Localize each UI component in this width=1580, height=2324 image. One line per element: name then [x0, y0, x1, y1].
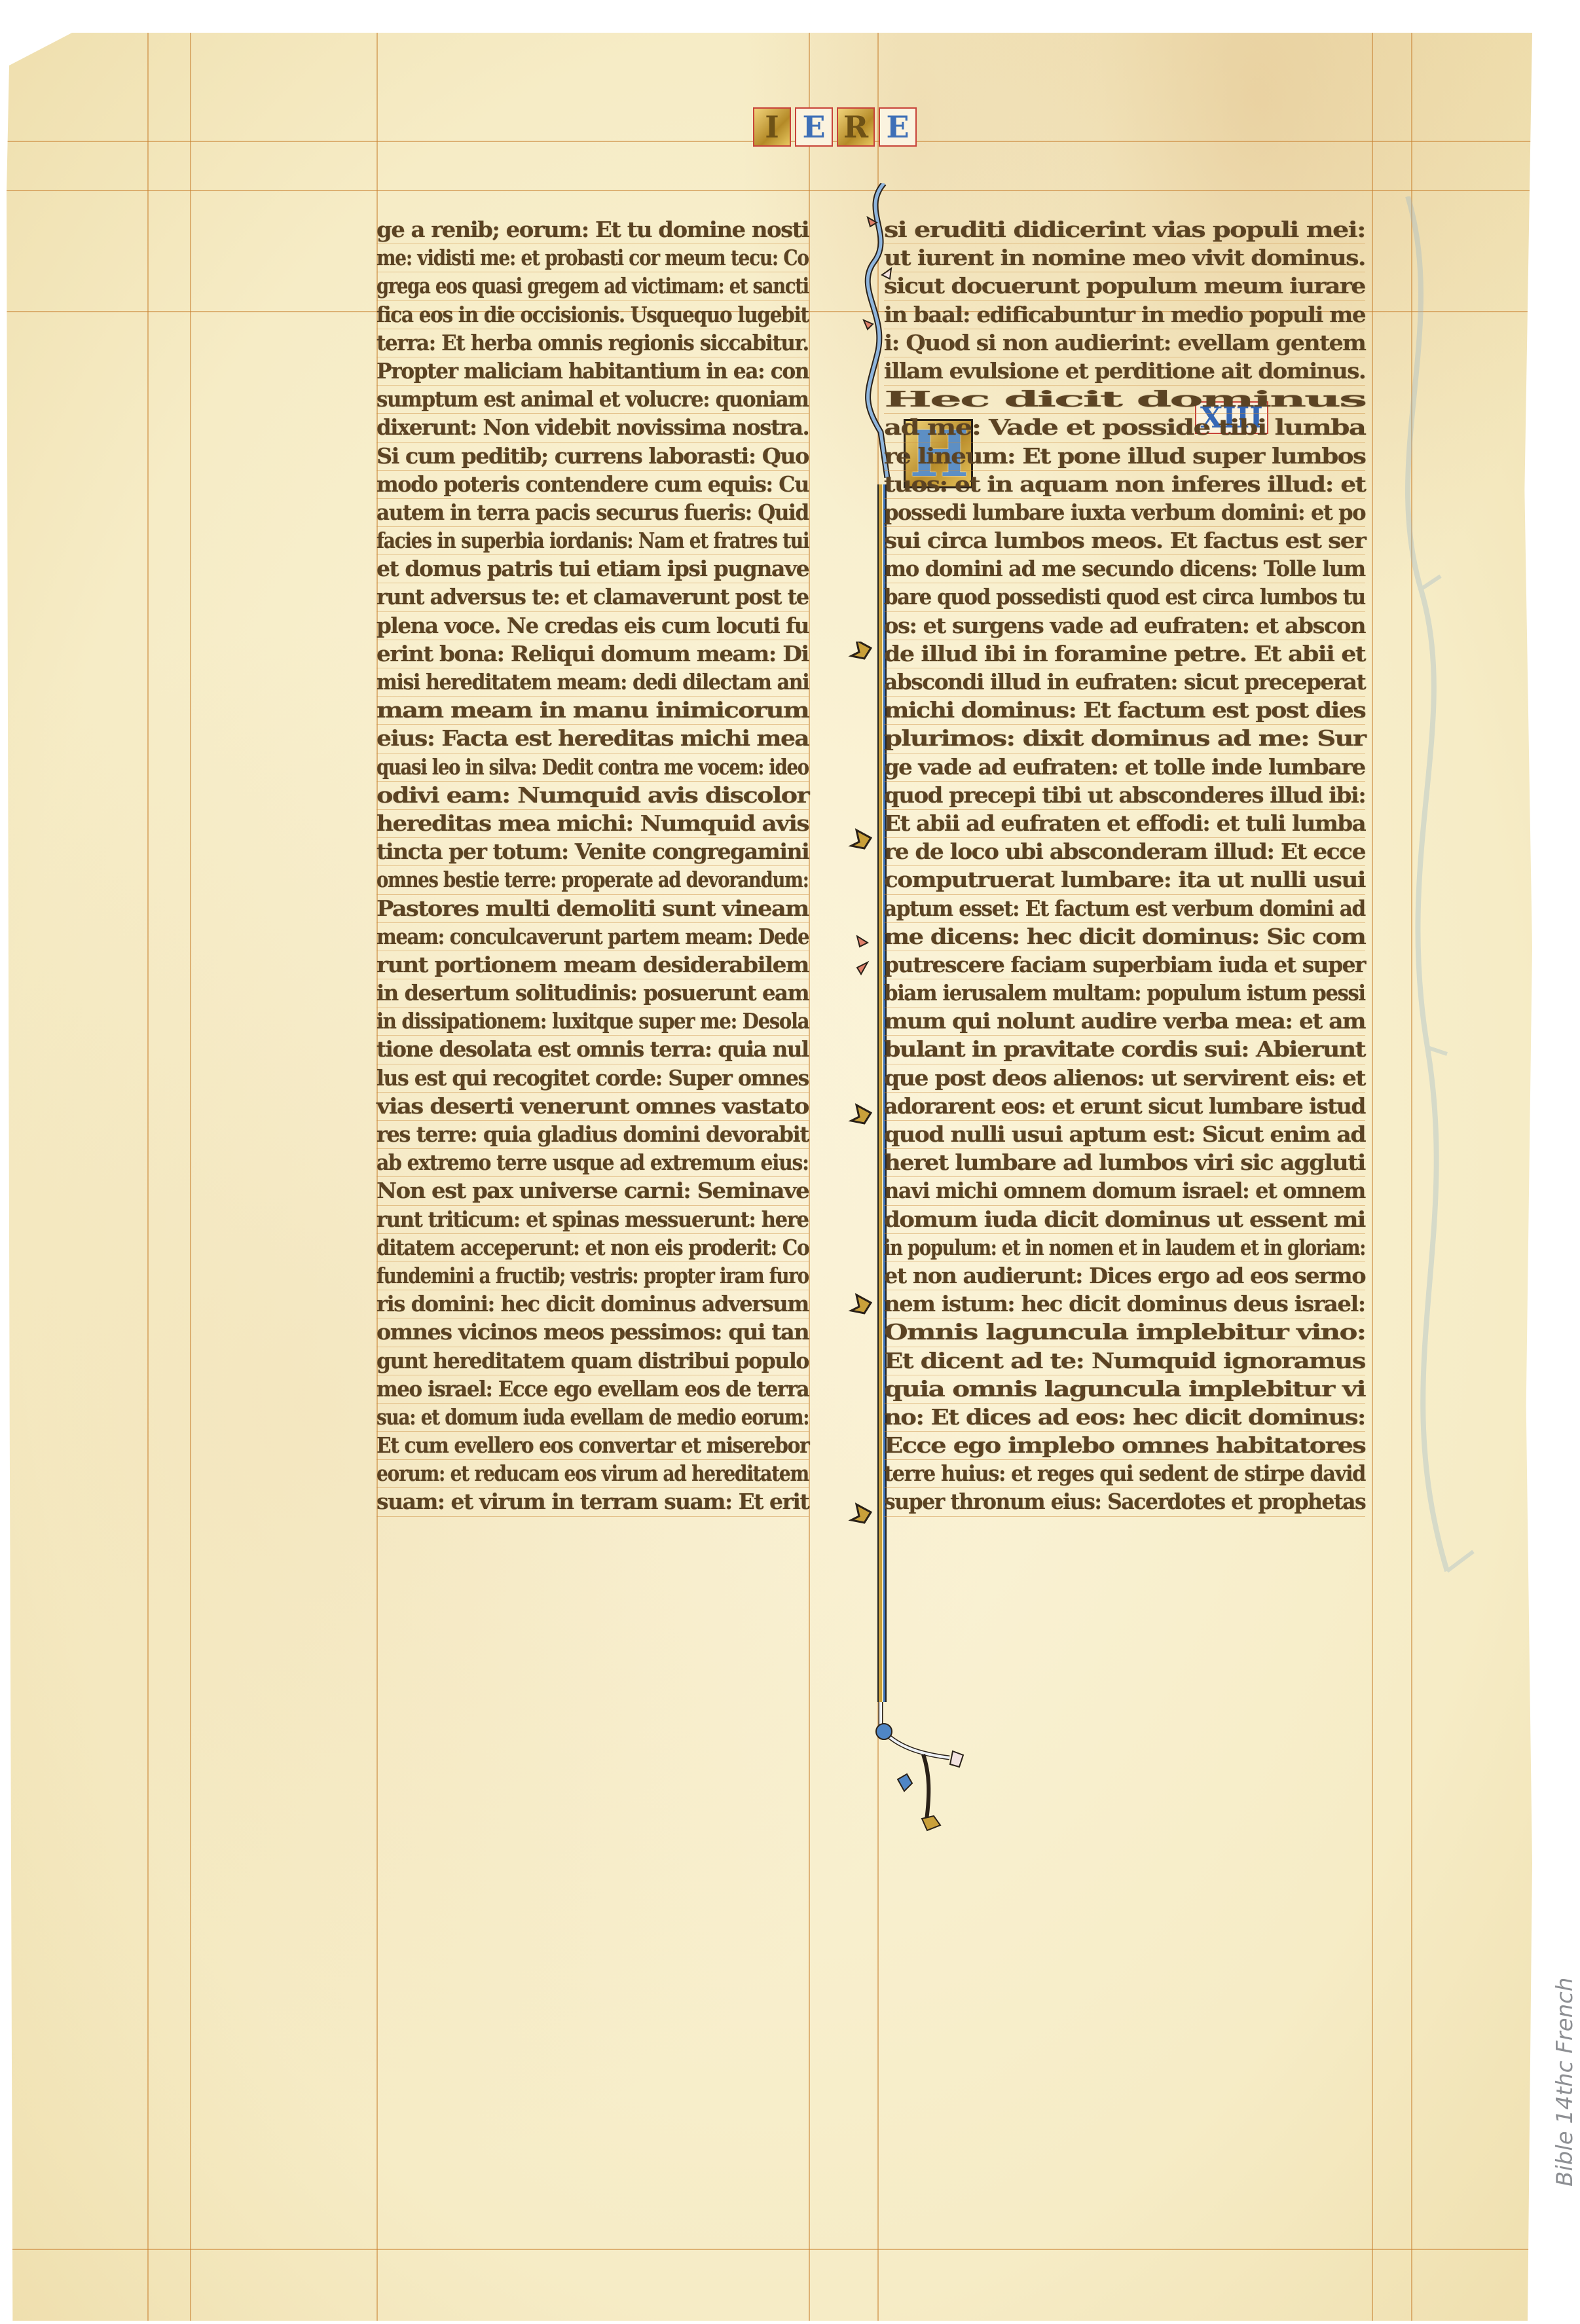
- text-line: meo israel: Ecce ego evellam eos de terr…: [377, 1375, 809, 1404]
- text-line: bulant in pravitate cordis sui: Abierunt: [884, 1036, 1365, 1064]
- text-line: biam ierusalem multam: populum istum pes…: [884, 979, 1365, 1008]
- text-line: heret lumbare ad lumbos viri sic aggluti: [884, 1149, 1365, 1177]
- ruling-line-horizontal: [7, 190, 1532, 191]
- text-line: sui circa lumbos meos. Et factus est ser: [884, 527, 1365, 555]
- text-line: os: et surgens vade ad eufraten: et absc…: [884, 612, 1365, 640]
- text-line: vias deserti venerunt omnes vastato: [377, 1093, 809, 1121]
- text-line: ris domini: hec dicit dominus adversum: [377, 1290, 809, 1318]
- text-line: gunt hereditatem quam distribui populo: [377, 1347, 809, 1375]
- text-line: lus est qui recogitet corde: Super omnes: [377, 1064, 809, 1093]
- text-line: ditatem acceperunt: et non eis proderit:…: [377, 1234, 809, 1262]
- text-line: quasi leo in silva: Dedit contra me voce…: [377, 753, 809, 782]
- text-line: odivi eam: Numquid avis discolor: [377, 782, 809, 810]
- text-line: ab extremo terre usque ad extremum eius:: [377, 1149, 809, 1177]
- text-line: plena voce. Ne credas eis cum locuti fu: [377, 612, 809, 640]
- ruling-line-vertical: [190, 33, 191, 2321]
- ruling-line-vertical: [147, 33, 149, 2321]
- text-line: res terre: quia gladius domini devorabit: [377, 1121, 809, 1149]
- offset-ghost-ornament: [1369, 196, 1526, 1768]
- text-line: que post deos alienos: ut servirent eis:…: [884, 1064, 1365, 1093]
- text-line: ut iurent in nomine meo vivit dominus.: [884, 244, 1365, 272]
- pencil-annotation: Bible 14thc French: [1552, 1978, 1578, 2187]
- text-line: misi hereditatem meam: dedi dilectam ani: [377, 668, 809, 697]
- text-line: Pastores multi demoliti sunt vineam: [377, 895, 809, 923]
- text-line: illam evulsione et perditione ait dominu…: [884, 357, 1365, 386]
- text-line: Et abii ad eufraten et effodi: et tuli l…: [884, 810, 1365, 838]
- text-line: runt adversus te: et clamaverunt post te: [377, 583, 809, 611]
- text-column-right: si eruditi didicerint vias populi mei:ut…: [884, 216, 1365, 1517]
- text-line: facies in superbia iordanis: Nam et frat…: [377, 527, 809, 555]
- header-letter: I: [753, 107, 791, 147]
- text-line: si eruditi didicerint vias populi mei:: [884, 216, 1365, 244]
- running-header: I E R E: [753, 108, 917, 146]
- text-line: Si cum peditib; currens laborasti: Quo: [377, 443, 809, 471]
- text-line: tuos: et in aquam non inferes illud: et: [884, 471, 1365, 499]
- text-line: sua: et domum iuda evellam de medio eoru…: [377, 1404, 809, 1432]
- text-line: me dicens: hec dicit dominus: Sic com: [884, 923, 1365, 951]
- text-line: bare quod possedisti quod est circa lumb…: [884, 583, 1365, 611]
- text-line: me: vidisti me: et probasti cor meum tec…: [377, 244, 809, 272]
- text-line: tincta per totum: Venite congregamini: [377, 838, 809, 866]
- text-line: terre huius: et reges qui sedent de stir…: [884, 1460, 1365, 1488]
- text-line: eorum: et reducam eos virum ad hereditat…: [377, 1460, 809, 1488]
- text-line: quod nulli usui aptum est: Sicut enim ad: [884, 1121, 1365, 1149]
- header-letter: R: [837, 107, 875, 147]
- text-line: mo domini ad me secundo dicens: Tolle lu…: [884, 555, 1365, 583]
- text-line: et non audierunt: Dices ergo ad eos serm…: [884, 1262, 1365, 1290]
- text-line: no: Et dices ad eos: hec dicit dominus:: [884, 1404, 1365, 1432]
- text-line: omnes bestie terre: properate ad devoran…: [377, 866, 809, 894]
- text-line: et domus patris tui etiam ipsi pugnave: [377, 555, 809, 583]
- text-line: michi dominus: Et factum est post dies: [884, 697, 1365, 725]
- vine-tendril-bottom-ornament: [871, 1702, 989, 1833]
- text-line: Non est pax universe carni: Seminave: [377, 1177, 809, 1205]
- ruling-line-horizontal: [7, 2249, 1532, 2250]
- text-line: Ecce ego implebo omnes habitatores: [884, 1432, 1365, 1460]
- header-letter: E: [879, 107, 917, 147]
- text-line: re lineum: Et pone illud super lumbos: [884, 443, 1365, 471]
- text-line: sumptum est animal et volucre: quoniam: [377, 386, 809, 414]
- text-column-left: ge a renib; eorum: Et tu domine nostime:…: [377, 216, 809, 1517]
- text-line: Omnis laguncula implebitur vino:: [884, 1318, 1365, 1347]
- text-line: quia omnis laguncula implebitur vi: [884, 1375, 1365, 1404]
- text-line: aptum esset: Et factum est verbum domini…: [884, 895, 1365, 923]
- header-letter: E: [795, 107, 833, 147]
- text-line: in desertum solitudinis: posuerunt eam: [377, 979, 809, 1008]
- text-line: ge a renib; eorum: Et tu domine nosti: [377, 216, 809, 244]
- text-line: dixerunt: Non videbit novissima nostra.: [377, 414, 809, 442]
- text-line: de illud ibi in foramine petre. Et abii …: [884, 640, 1365, 668]
- text-line: modo poteris contendere cum equis: Cu: [377, 471, 809, 499]
- text-line: hereditas mea michi: Numquid avis: [377, 810, 809, 838]
- text-line: fundemini a fructib; vestris: propter ir…: [377, 1262, 809, 1290]
- text-line: plurimos: dixit dominus ad me: Sur: [884, 725, 1365, 753]
- text-line: eius: Facta est hereditas michi mea: [377, 725, 809, 753]
- text-line: super thronum eius: Sacerdotes et prophe…: [884, 1488, 1365, 1516]
- text-line: autem in terra pacis securus fueris: Qui…: [377, 499, 809, 527]
- text-line: Et dicent ad te: Numquid ignoramus: [884, 1347, 1365, 1375]
- text-line: omnes vicinos meos pessimos: qui tan: [377, 1318, 809, 1347]
- text-line: Et cum evellero eos convertar et misereb…: [377, 1432, 809, 1460]
- text-line: Hec dicit dominus: [884, 386, 1365, 414]
- text-line: runt portionem meam desiderabilem: [377, 951, 809, 979]
- text-line: mum qui nolunt audire verba mea: et am: [884, 1008, 1365, 1036]
- text-line: ad me: Vade et posside tibi lumba: [884, 414, 1365, 442]
- text-line: quod precepi tibi ut absconderes illud i…: [884, 782, 1365, 810]
- text-line: navi michi omnem domum israel: et omnem: [884, 1177, 1365, 1205]
- text-line: fica eos in die occisionis. Usquequo lug…: [377, 301, 809, 329]
- border-leaf-ornaments: [825, 642, 877, 1689]
- text-line: in populum: et in nomen et in laudem et …: [884, 1234, 1365, 1262]
- text-line: domum iuda dicit dominus ut essent mi: [884, 1206, 1365, 1234]
- text-line: runt triticum: et spinas messuerunt: her…: [377, 1206, 809, 1234]
- text-line: putrescere faciam superbiam iuda et supe…: [884, 951, 1365, 979]
- text-line: tione desolata est omnis terra: quia nul: [377, 1036, 809, 1064]
- text-line: mam meam in manu inimicorum: [377, 697, 809, 725]
- text-line: in baal: edificabuntur in medio populi m…: [884, 301, 1365, 329]
- text-line: i: Quod si non audierint: evellam gentem: [884, 329, 1365, 357]
- text-line: suam: et virum in terram suam: Et erit: [377, 1488, 809, 1516]
- text-line: ge vade ad eufraten: et tolle inde lumba…: [884, 753, 1365, 782]
- text-line: meam: conculcaverunt partem meam: Dede: [377, 923, 809, 951]
- text-line: computruerat lumbare: ita ut nulli usui: [884, 866, 1365, 894]
- text-line: abscondi illud in eufraten: sicut precep…: [884, 668, 1365, 697]
- text-line: erint bona: Reliqui domum meam: Di: [377, 640, 809, 668]
- text-line: in dissipationem: luxitque super me: Des…: [377, 1008, 809, 1036]
- text-line: possedi lumbare iuxta verbum domini: et …: [884, 499, 1365, 527]
- text-line: sicut docuerunt populum meum iurare: [884, 272, 1365, 300]
- text-line: re de loco ubi absconderam illud: Et ecc…: [884, 838, 1365, 866]
- text-line: terra: Et herba omnis regionis siccabitu…: [377, 329, 809, 357]
- text-line: grega eos quasi gregem ad victimam: et s…: [377, 272, 809, 300]
- text-line: adorarent eos: et erunt sicut lumbare is…: [884, 1093, 1365, 1121]
- text-line: nem istum: hec dicit dominus deus israel…: [884, 1290, 1365, 1318]
- text-line: Propter maliciam habitantium in ea: con: [377, 357, 809, 386]
